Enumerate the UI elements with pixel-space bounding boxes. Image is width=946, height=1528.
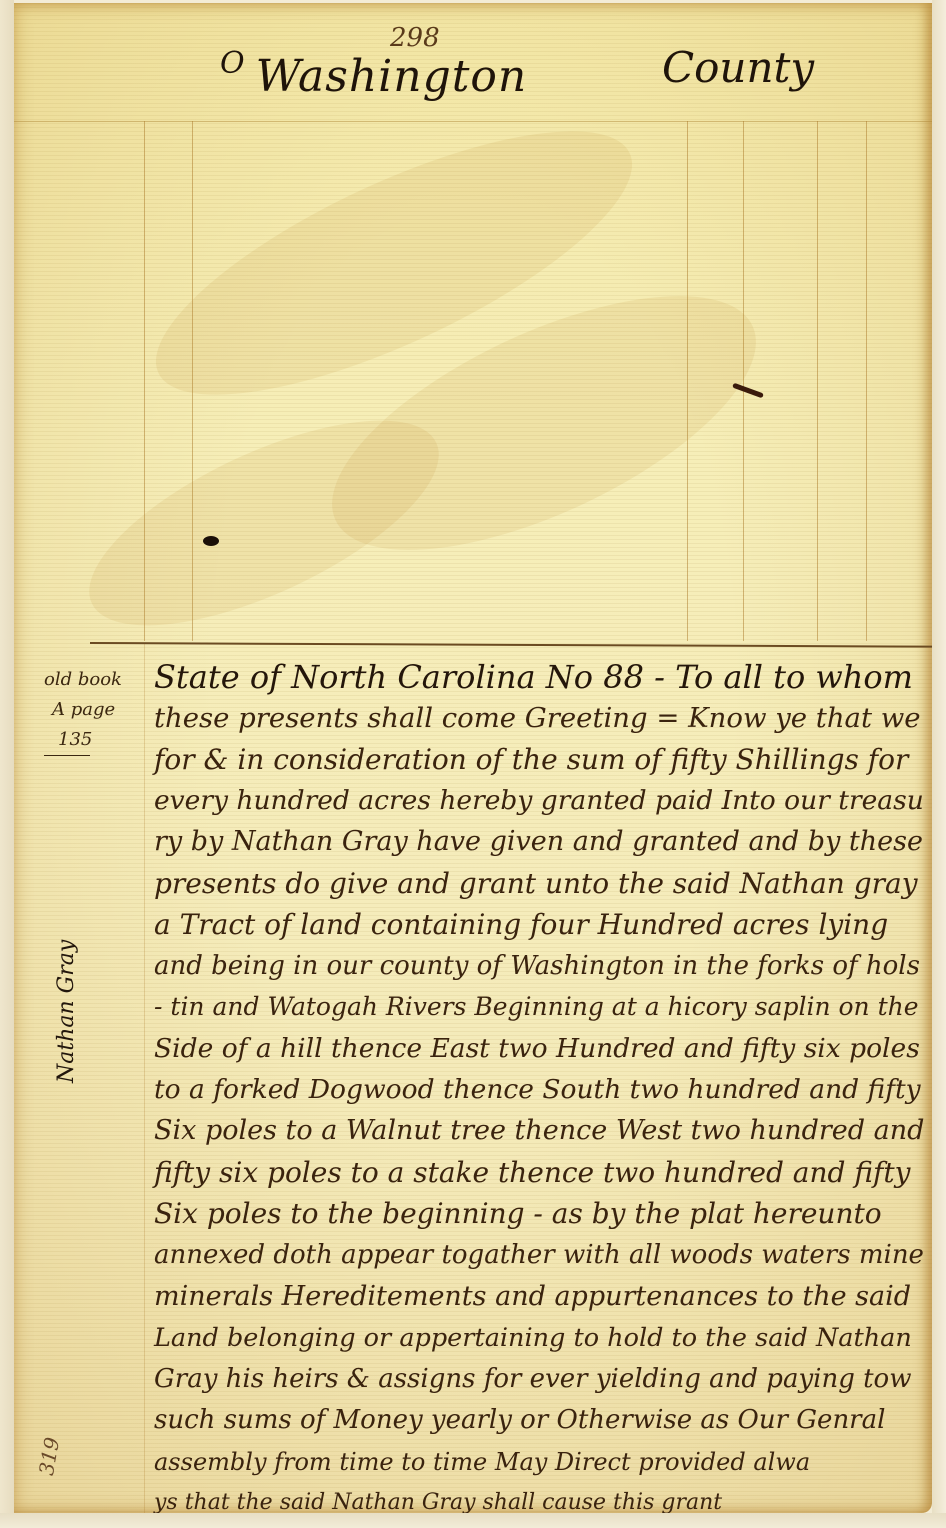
body-line: such sums of Money yearly or Otherwise a…	[154, 1398, 885, 1442]
body-line: assembly from time to time May Direct pr…	[154, 1440, 810, 1484]
margin-note-line: A page	[44, 695, 122, 725]
body-line: - tin and Watogah Rivers Beginning at a …	[154, 985, 919, 1029]
body-line: minerals Hereditements and appurtenances…	[154, 1275, 911, 1319]
margin-note-line: 135	[44, 725, 90, 756]
ink-blot	[203, 536, 219, 546]
body-line: a Tract of land containing four Hundred …	[154, 903, 888, 947]
county-name-heading: OWashington	[220, 51, 527, 102]
grantee-side-note: Nathan Gray	[54, 940, 79, 1083]
body-line: to a forked Dogwood thence South two hun…	[154, 1068, 921, 1112]
body-line: Six poles to the beginning - as by the p…	[154, 1192, 882, 1236]
page-number: 298	[390, 23, 440, 53]
body-line: for & in consideration of the sum of fif…	[154, 738, 908, 782]
body-line: Gray his heirs & assigns for ever yieldi…	[154, 1357, 911, 1401]
body-line: Six poles to a Walnut tree thence West t…	[154, 1109, 924, 1153]
header-flourish: O	[220, 46, 246, 81]
county-label: County	[662, 43, 814, 92]
right-mat-border	[932, 0, 946, 1528]
margin-rule	[144, 643, 145, 1513]
margin-note: old book A page 135	[44, 665, 122, 756]
column-rule-6	[866, 121, 867, 641]
body-line: these presents shall come Greeting = Kno…	[154, 696, 921, 740]
body-line: every hundred acres hereby granted paid …	[154, 779, 924, 823]
body-line: Side of a hill thence East two Hundred a…	[154, 1027, 920, 1071]
ink-smudge	[732, 383, 764, 399]
body-line: ys that the said Nathan Gray shall cause…	[154, 1481, 722, 1513]
body-line: fifty six poles to a stake thence two hu…	[154, 1151, 910, 1195]
body-line: State of North Carolina No 88 - To all t…	[154, 655, 913, 699]
body-line: presents do give and grant unto the said…	[154, 862, 918, 906]
body-line: ry by Nathan Gray have given and granted…	[154, 820, 923, 864]
section-divider-rule	[90, 642, 932, 648]
body-line: and being in our county of Washington in…	[154, 944, 920, 988]
bottom-mat-border	[0, 1513, 946, 1528]
body-line: annexed doth appear togather with all wo…	[154, 1233, 924, 1277]
body-line: Land belonging or appertaining to hold t…	[154, 1316, 912, 1360]
bottom-margin-number: 319	[34, 1435, 64, 1477]
margin-note-line: old book	[44, 665, 122, 695]
left-mat-border	[0, 0, 14, 1528]
header-rule	[14, 121, 932, 122]
column-rule-5	[817, 121, 818, 641]
manuscript-page: OWashington 298 County old book A page 1…	[14, 3, 932, 1513]
column-rule-4	[743, 121, 744, 641]
